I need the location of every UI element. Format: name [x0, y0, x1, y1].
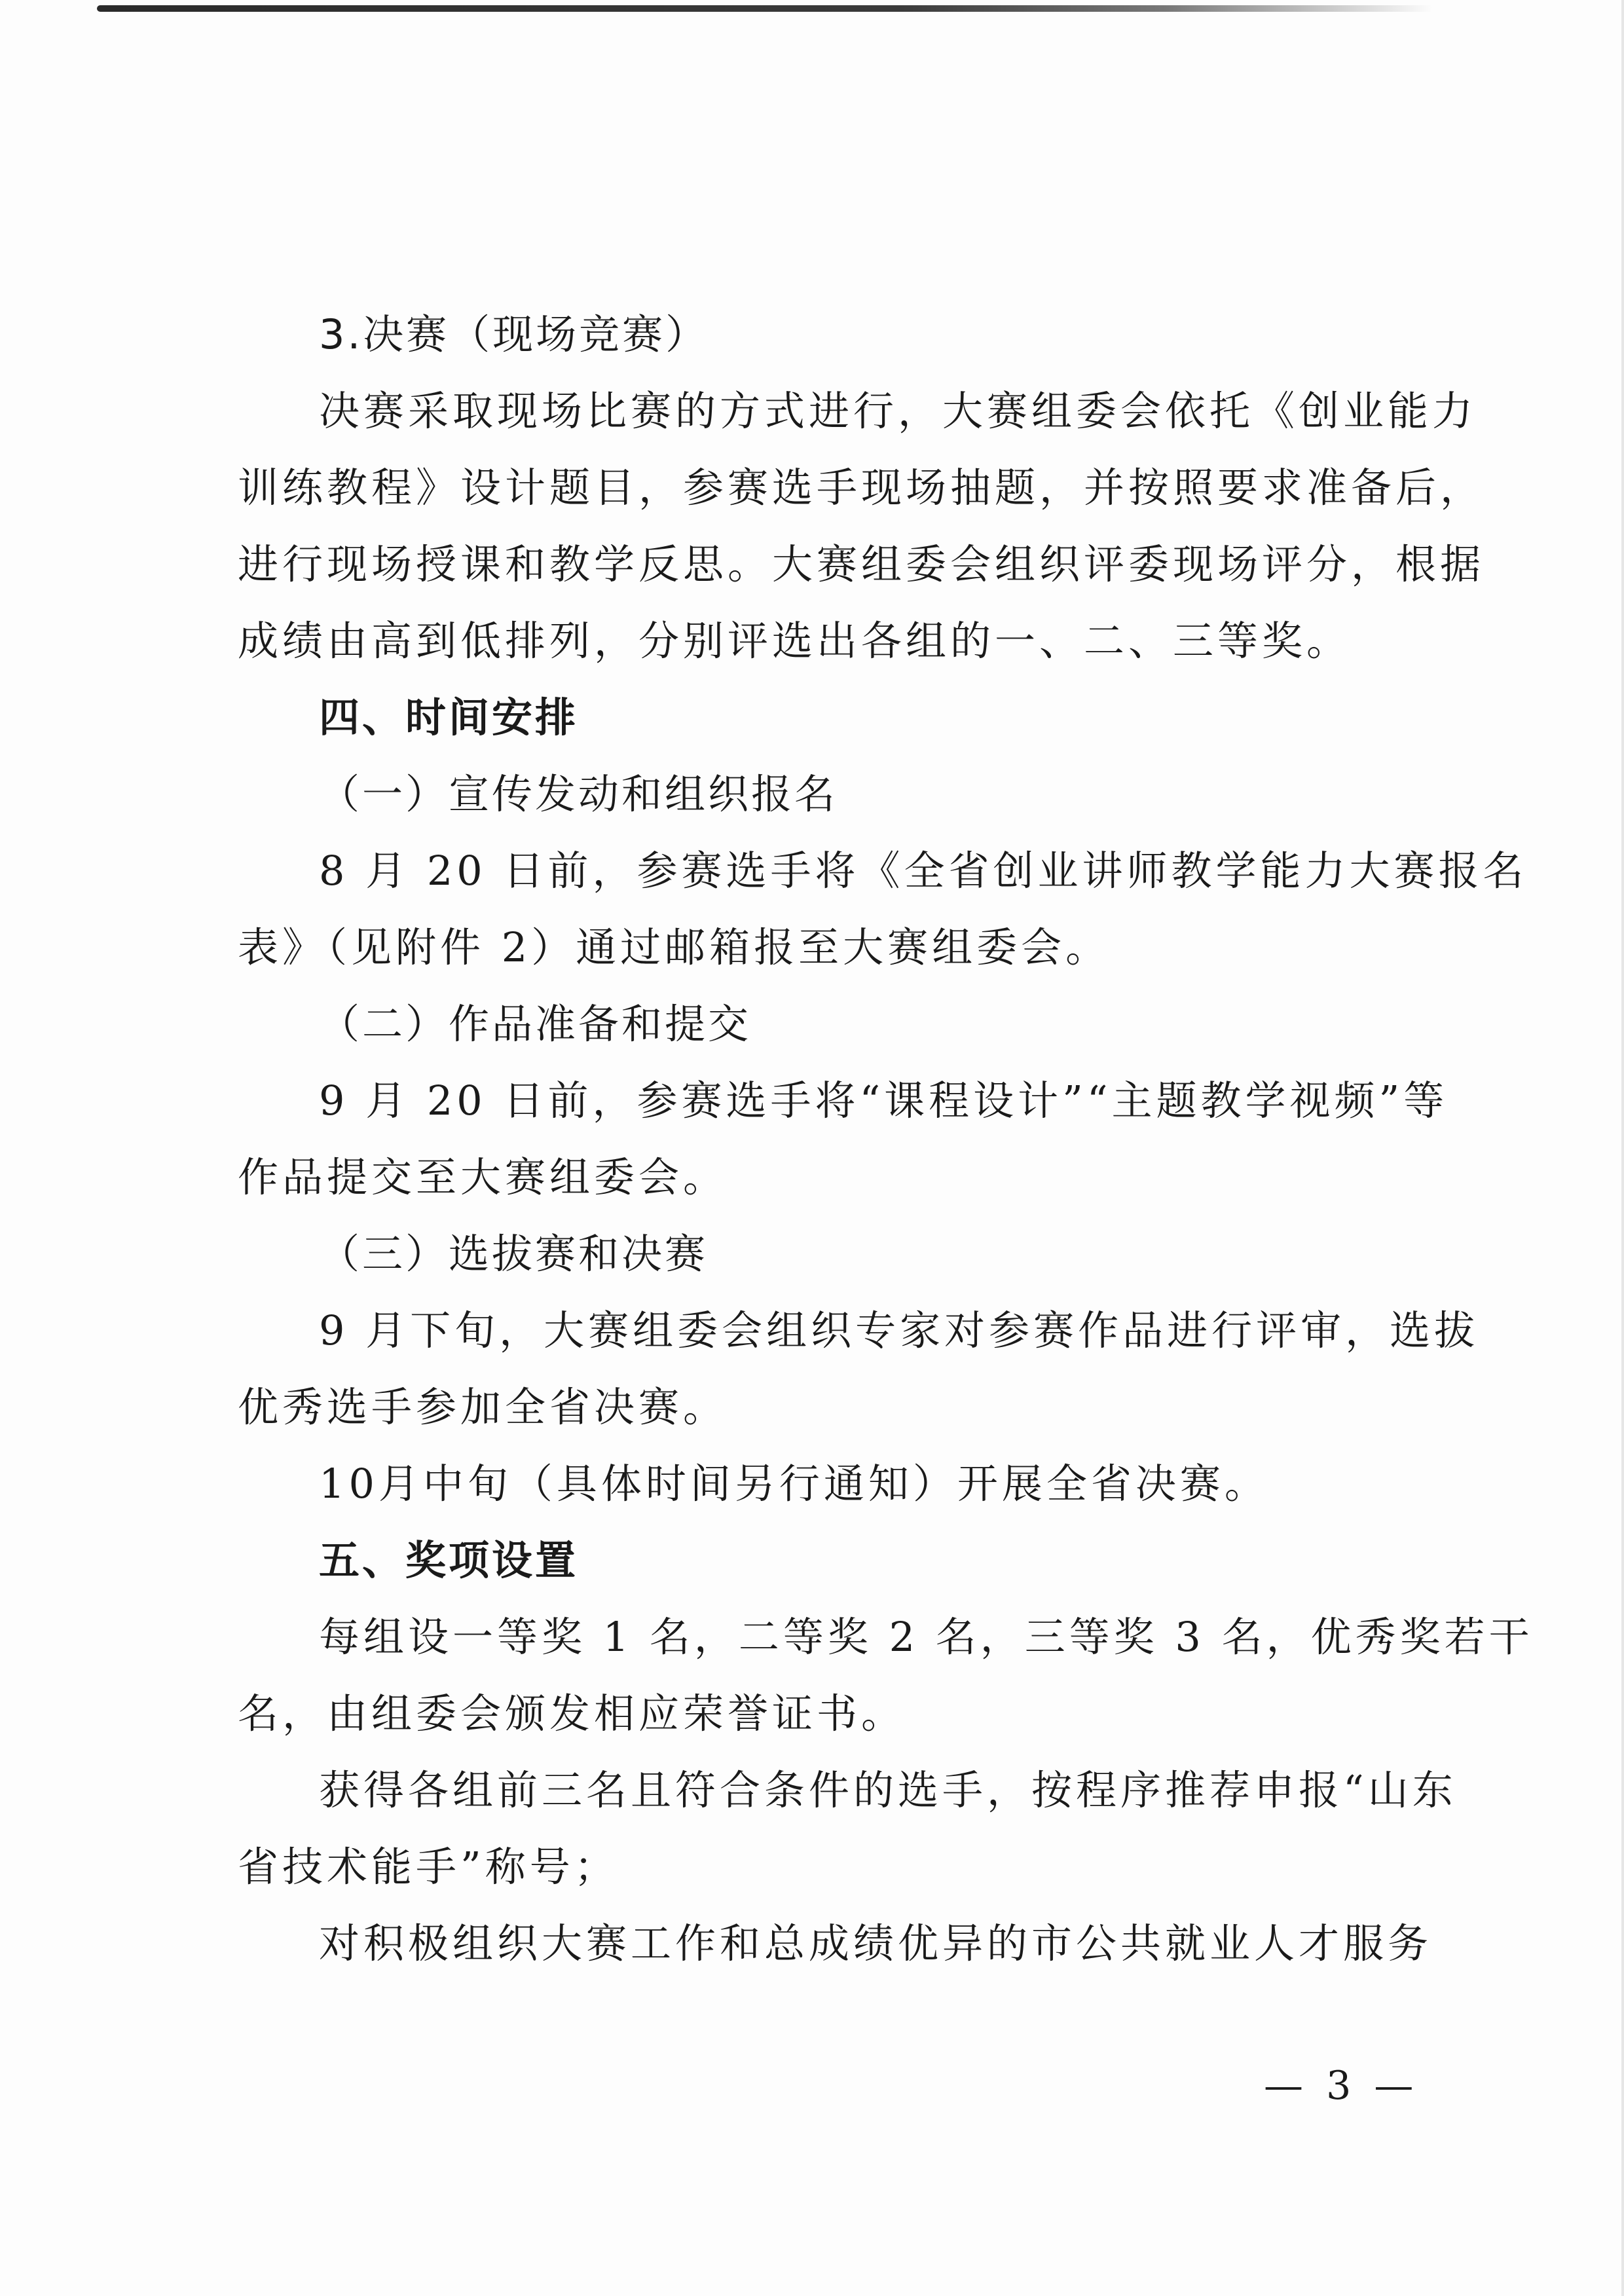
paragraph-line: 每组设一等奖 1 名，二等奖 2 名，三等奖 3 名，优秀奖若干	[238, 1599, 1441, 1675]
paragraph-submission: 9 月 20 日前，参赛选手将“课程设计”“主题教学视频”等 作品提交至大赛组委…	[238, 1062, 1441, 1215]
paragraph-line: 作品提交至大赛组委会。	[238, 1139, 1441, 1215]
document-body: 3.决赛（现场竞赛） 决赛采取现场比赛的方式进行，大赛组委会依托《创业能力 训练…	[238, 296, 1441, 1982]
paragraph-line: 名，由组委会颁发相应荣誉证书。	[238, 1675, 1441, 1752]
section-subheading-final: 3.决赛（现场竞赛）	[238, 296, 1441, 373]
scan-top-edge	[97, 5, 1433, 12]
paragraph-awards: 每组设一等奖 1 名，二等奖 2 名，三等奖 3 名，优秀奖若干 名，由组委会颁…	[238, 1599, 1441, 1752]
subheading-selection-and-final: （三）选拔赛和决赛	[238, 1215, 1441, 1292]
paragraph-line: 优秀选手参加全省决赛。	[238, 1369, 1441, 1445]
paragraph-line: 决赛采取现场比赛的方式进行，大赛组委会依托《创业能力	[238, 373, 1441, 449]
scan-right-edge	[1621, 0, 1624, 2296]
paragraph-registration: 8 月 20 日前，参赛选手将《全省创业讲师教学能力大赛报名 表》（见附件 2）…	[238, 832, 1441, 986]
subheading-submission: （二）作品准备和提交	[238, 986, 1441, 1062]
section-heading-schedule: 四、时间安排	[238, 679, 1441, 756]
paragraph-selection: 9 月下旬，大赛组委会组织专家对参赛作品进行评审，选拔 优秀选手参加全省决赛。	[238, 1292, 1441, 1445]
paragraph-line: 9 月 20 日前，参赛选手将“课程设计”“主题教学视频”等	[238, 1062, 1441, 1139]
paragraph-line: 10月中旬（具体时间另行通知）开展全省决赛。	[238, 1445, 1441, 1522]
paragraph-line: 获得各组前三名且符合条件的选手，按程序推荐申报“山东	[238, 1752, 1441, 1828]
paragraph-final-date: 10月中旬（具体时间另行通知）开展全省决赛。	[238, 1445, 1441, 1522]
paragraph-line: 8 月 20 日前，参赛选手将《全省创业讲师教学能力大赛报名	[238, 832, 1441, 909]
section-heading-awards: 五、奖项设置	[238, 1522, 1441, 1599]
paragraph-line: 表》（见附件 2）通过邮箱报至大赛组委会。	[238, 909, 1441, 986]
paragraph-technical-expert: 获得各组前三名且符合条件的选手，按程序推荐申报“山东 省技术能手”称号；	[238, 1752, 1441, 1905]
paragraph-line: 训练教程》设计题目，参赛选手现场抽题，并按照要求准备后，	[238, 449, 1441, 526]
subheading-registration: （一）宣传发动和组织报名	[238, 756, 1441, 832]
paragraph-line: 进行现场授课和教学反思。大赛组委会组织评委现场评分，根据	[238, 526, 1441, 602]
paragraph-organizations: 对积极组织大赛工作和总成绩优异的市公共就业人才服务	[238, 1905, 1441, 1982]
paragraph-line: 9 月下旬，大赛组委会组织专家对参赛作品进行评审，选拔	[238, 1292, 1441, 1369]
paragraph-line: 省技术能手”称号；	[238, 1828, 1441, 1905]
paragraph-final-description: 决赛采取现场比赛的方式进行，大赛组委会依托《创业能力 训练教程》设计题目，参赛选…	[238, 373, 1441, 679]
page-number: — 3 —	[1264, 2063, 1418, 2109]
paragraph-line: 对积极组织大赛工作和总成绩优异的市公共就业人才服务	[238, 1905, 1441, 1982]
paragraph-line: 成绩由高到低排列，分别评选出各组的一、二、三等奖。	[238, 602, 1441, 679]
